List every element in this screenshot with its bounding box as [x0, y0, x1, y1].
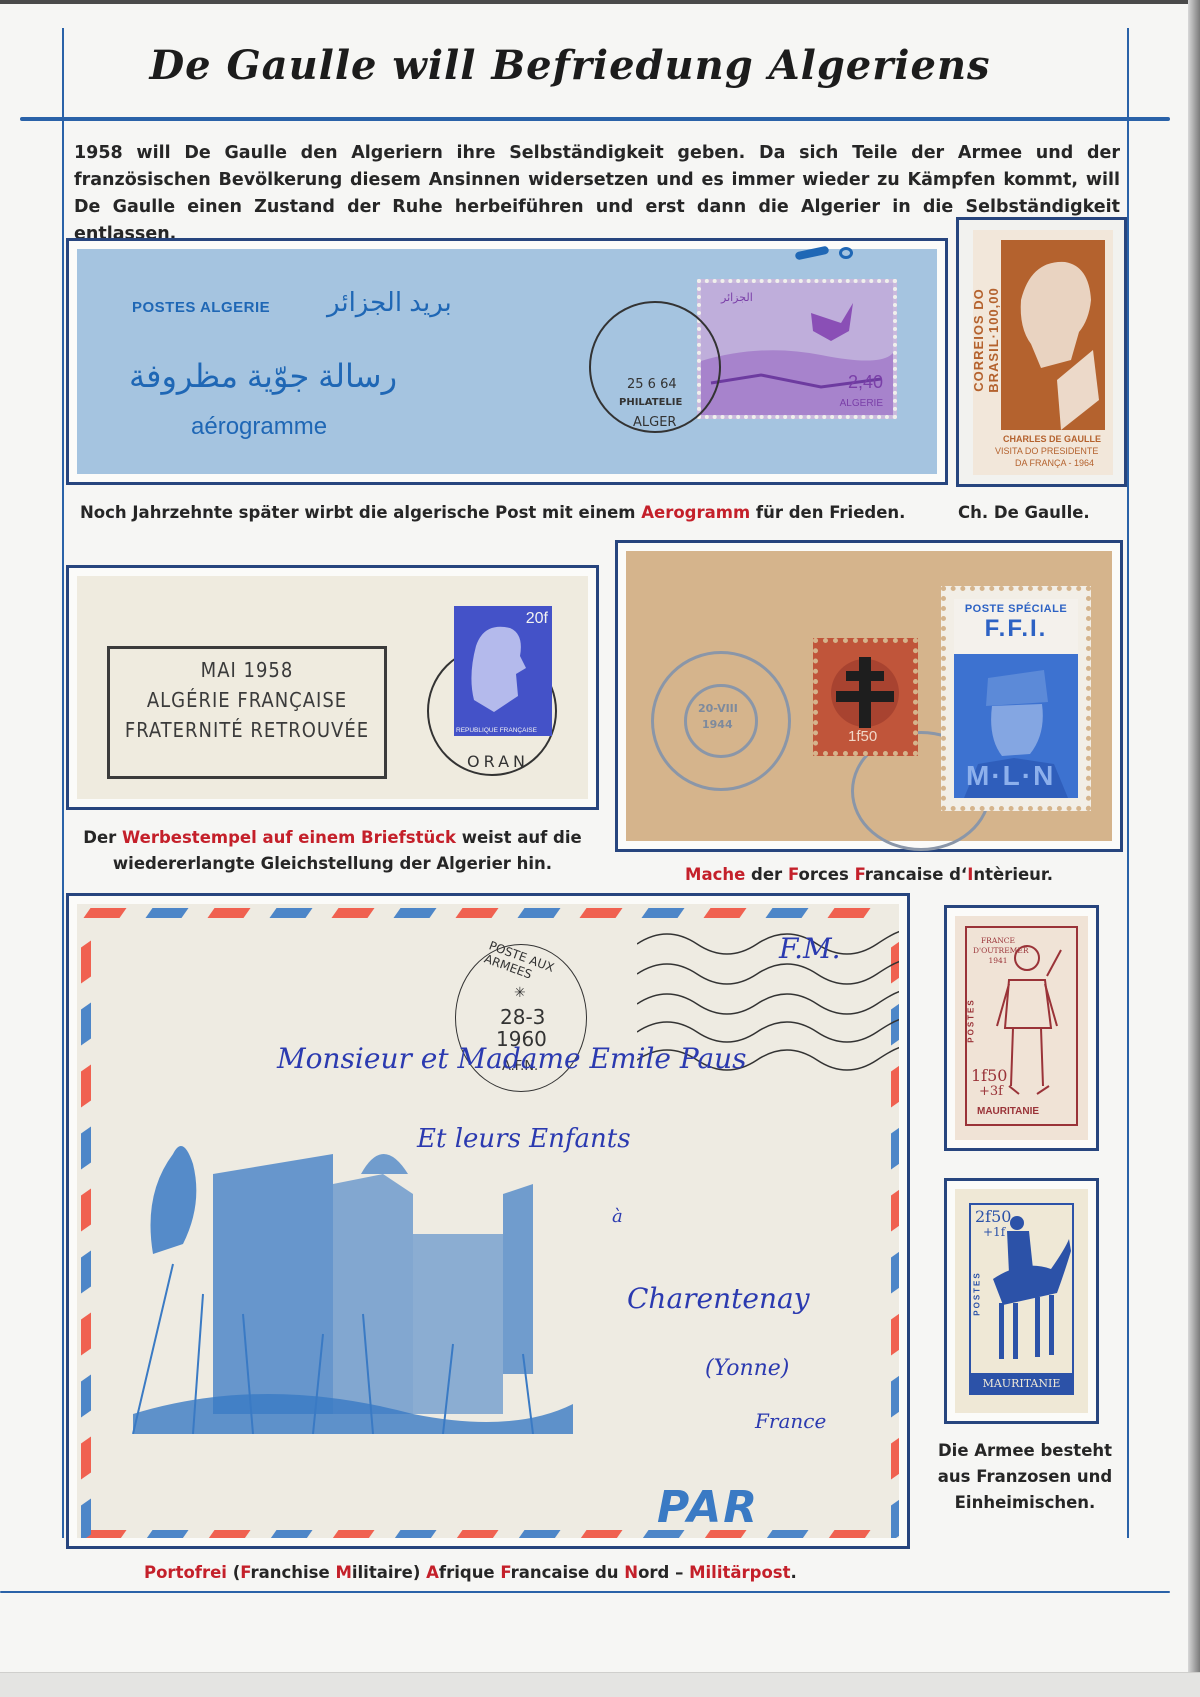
slogan-line-3: FRATERNITÉ RETROUVÉE	[110, 715, 384, 745]
airmail-stripe	[455, 908, 498, 918]
caption-highlight: Aerogramm	[641, 503, 750, 522]
address-line-1: Monsieur et Madame Emile Paus	[277, 1042, 747, 1075]
address-line-3: à	[612, 1206, 623, 1227]
caption-highlight: F	[500, 1563, 510, 1582]
stamp-value: 1f50	[971, 1066, 1007, 1085]
postmark-star: ✳	[514, 985, 526, 1001]
scan-edge-bottom	[0, 1672, 1200, 1697]
army-caption: Die Armee besteht aus Franzosen und Einh…	[925, 1438, 1125, 1516]
airmail-cover: POSTE AUX ARMEES ✳ 28-3 1960 A.F.N. F.M.…	[77, 904, 899, 1538]
postmark-city: ALGER	[633, 415, 676, 430]
stamp-line-2: DA FRANÇA - 1964	[1015, 458, 1094, 468]
ffi-mln-stamp: POSTE SPÉCIALE F.F.I. M·L·N	[941, 586, 1091, 811]
caption-highlight: A	[426, 1563, 439, 1582]
postmark-year: 1944	[702, 718, 733, 731]
caption-part: ranchise	[250, 1563, 335, 1582]
stamp-line-1: VISITA DO PRESIDENTE	[995, 446, 1098, 456]
airmail-stripe	[891, 1436, 899, 1479]
airmail-stripe	[517, 1530, 560, 1538]
scan-edge-top	[0, 0, 1200, 4]
airmail-stripe	[81, 940, 91, 983]
stamp-country: REPUBLIQUE FRANÇAISE	[456, 727, 537, 734]
airmail-stripe	[641, 908, 684, 918]
airmail-stripe	[81, 1126, 91, 1169]
caption-part: für den Frieden.	[750, 503, 905, 522]
caption-part: ntèrieur.	[973, 865, 1053, 884]
slogan-piece-frame: MAI 1958 ALGÉRIE FRANÇAISE FRATERNITÉ RE…	[66, 565, 599, 810]
air-mail-label: AIR MAIL	[672, 1536, 831, 1538]
airmail-stripe	[81, 1064, 91, 1107]
airmail-stripe	[331, 1530, 374, 1538]
mauritanie-goumier-stamp: 2f50 +1f POSTES MAURITANIE	[955, 1189, 1088, 1413]
stamp-surcharge: +1f	[983, 1225, 1005, 1239]
airmail-stripe	[891, 1312, 899, 1355]
address-line-5: (Yonne)	[705, 1356, 789, 1381]
brazil-caption: Ch. De Gaulle.	[958, 500, 1128, 526]
airmail-stripe	[765, 908, 808, 918]
caption-highlight: Portofrei	[144, 1563, 227, 1582]
stamp-country: MAURITANIE	[977, 1106, 1039, 1117]
caption-highlight: M	[335, 1563, 351, 1582]
de-gaulle-portrait	[1001, 240, 1105, 430]
aerogramme-label: aérogramme	[191, 413, 327, 441]
stamp-mln: M·L·N	[966, 760, 1055, 792]
arabic-header: بريد الجزائر	[327, 287, 452, 318]
stamp-vertical-text: CORREIOS DO BRASIL·100,00	[971, 245, 1001, 435]
stamp-country: ALGERIE	[840, 398, 883, 409]
title-rule	[20, 117, 1170, 121]
caption-highlight: F	[855, 865, 865, 884]
stamp-value: 1f50	[848, 728, 877, 745]
caption-highlight: ache	[701, 865, 745, 884]
briefstueck-ffi: 20-VIII 1944 1f50 POSTE SPÉCIALE F.F.I.	[626, 551, 1112, 841]
ink-mark	[839, 247, 853, 259]
arabic-subtitle: رسالة جوّية مظروفة	[129, 357, 397, 395]
stamp-side-text: POSTES	[973, 1271, 982, 1315]
stamp-name: F.F.I.	[954, 615, 1078, 643]
mauritanie-2-frame: 2f50 +1f POSTES MAURITANIE	[944, 1178, 1099, 1424]
airmail-stripe	[81, 1374, 91, 1417]
caption-part: Noch Jahrzehnte später wirbt die algeris…	[80, 503, 641, 522]
airmail-stripe	[207, 1530, 250, 1538]
airmail-stripe	[81, 1436, 91, 1479]
airmail-stripe	[891, 1374, 899, 1417]
stamp-value: 2f50	[975, 1207, 1011, 1226]
marianne-20f-stamp: 20f REPUBLIQUE FRANÇAISE	[454, 606, 552, 736]
scan-edge-right	[1188, 0, 1200, 1697]
address-line-6: France	[755, 1409, 826, 1433]
caption-highlight: Werbestempel auf einem Briefstück	[122, 828, 456, 847]
caption-part: ilitaire)	[352, 1563, 426, 1582]
airmail-stripe	[579, 908, 622, 918]
aerogramme-caption: Noch Jahrzehnte später wirbt die algeris…	[80, 500, 950, 526]
fort-illustration	[113, 1114, 613, 1434]
address-line-4: Charentenay	[627, 1282, 810, 1315]
caption-part: ord –	[638, 1563, 689, 1582]
postmark-date: 25 6 64	[627, 377, 677, 392]
marianne-icon	[454, 616, 552, 726]
caption-highlight: F	[240, 1563, 250, 1582]
postmark-region: ORAN	[467, 752, 529, 771]
airmail-stripe	[455, 1530, 498, 1538]
airmail-stripe	[145, 1530, 188, 1538]
caption-line: aus Franzosen und	[925, 1464, 1125, 1490]
airmail-stripe	[269, 1530, 312, 1538]
airmail-stripe	[579, 1530, 622, 1538]
airmail-stripe	[81, 1312, 91, 1355]
airmail-stripe	[891, 1250, 899, 1293]
cover-caption: Portofrei (Franchise Militaire) Afrique …	[144, 1560, 904, 1586]
airmail-stripe	[81, 1498, 91, 1538]
caption-part: .	[791, 1563, 797, 1582]
caption-line: Einheimischen.	[925, 1490, 1125, 1516]
postmark-date: 20-VIII	[698, 702, 738, 715]
caption-line: Die Armee besteht	[925, 1438, 1125, 1464]
slogan-caption: Der Werbestempel auf einem Briefstück we…	[66, 825, 599, 877]
caption-part: orces	[799, 865, 855, 884]
petain-overprint-stamp: 1f50	[813, 638, 918, 756]
airmail-cover-frame: POSTE AUX ARMEES ✳ 28-3 1960 A.F.N. F.M.…	[66, 893, 910, 1549]
airmail-stripe	[393, 1530, 436, 1538]
stamp-arabic: الجزائر	[721, 291, 753, 304]
airmail-stripe	[81, 1250, 91, 1293]
briefstueck: MAI 1958 ALGÉRIE FRANÇAISE FRATERNITÉ RE…	[77, 576, 588, 799]
album-page: De Gaulle will Befriedung Algeriens 1958…	[0, 0, 1200, 1697]
airmail-stripe	[81, 1188, 91, 1231]
stamp-surcharge: +3f	[979, 1084, 1003, 1099]
airmail-stripe	[393, 908, 436, 918]
aerogramme: POSTES ALGERIE بريد الجزائر رسالة جوّية …	[77, 249, 937, 474]
stamp-top-text: POSTE SPÉCIALE	[954, 599, 1078, 615]
page-title: De Gaulle will Befriedung Algeriens	[70, 42, 1070, 89]
ffi-caption: Mache der Forces Francaise d‘Intèrieur.	[615, 862, 1123, 888]
airmail-stripe	[81, 1002, 91, 1045]
left-margin-rule	[62, 28, 64, 1538]
stamp-value: 2,40	[848, 372, 883, 393]
slogan-cancel: MAI 1958 ALGÉRIE FRANÇAISE FRATERNITÉ RE…	[107, 646, 387, 779]
caption-highlight: N	[624, 1563, 638, 1582]
aerogramme-frame: POSTES ALGERIE بريد الجزائر رسالة جوّية …	[66, 238, 948, 485]
brazil-stamp: CORREIOS DO BRASIL·100,00 CHARLES DE GAU…	[973, 230, 1113, 475]
airmail-stripe	[891, 1126, 899, 1169]
airmail-stripe	[703, 908, 746, 918]
alger-postmark: 25 6 64 PHILATELIE ALGER	[589, 301, 721, 433]
ink-mark	[795, 246, 830, 261]
stamp-side-text: POSTES	[967, 998, 976, 1042]
airmail-stripe	[83, 908, 126, 918]
algeria-dove-stamp: 2,40 ALGERIE الجزائر	[697, 279, 897, 419]
airmail-stripe	[269, 908, 312, 918]
caption-part: rancaise du	[511, 1563, 625, 1582]
right-margin-rule	[1127, 28, 1129, 1538]
mauritanie-infanterie-stamp: FRANCE D'OUTREMER 1941 POSTES 1f50 +3f M…	[955, 916, 1088, 1140]
ffi-piece-frame: 20-VIII 1944 1f50 POSTE SPÉCIALE F.F.I.	[615, 540, 1123, 852]
slogan-line-2: ALGÉRIE FRANÇAISE	[110, 685, 384, 715]
postmark-text: POSTE AUX ARMEES	[482, 938, 587, 999]
airmail-stripe	[827, 908, 870, 918]
caption-part: (	[227, 1563, 240, 1582]
bottom-rule	[0, 1591, 1170, 1593]
caption-highlight: M	[685, 865, 701, 884]
brazil-stamp-frame: CORREIOS DO BRASIL·100,00 CHARLES DE GAU…	[956, 217, 1127, 487]
airmail-stripe	[517, 908, 560, 918]
ffi-stamp-header: POSTE SPÉCIALE F.F.I.	[954, 599, 1078, 654]
airmail-stripe	[145, 908, 188, 918]
caption-part: rancaise d‘	[865, 865, 967, 884]
postmark-date: 28-3	[500, 1005, 545, 1029]
portrait-icon	[1001, 240, 1105, 430]
airmail-stripe	[891, 1188, 899, 1231]
caption-part: frique	[439, 1563, 500, 1582]
par-avion-label: PAR AVION	[657, 1482, 899, 1538]
ffi-postmark: 20-VIII 1944	[651, 651, 791, 791]
caption-part: der	[745, 865, 788, 884]
mauritanie-1-frame: FRANCE D'OUTREMER 1941 POSTES 1f50 +3f M…	[944, 905, 1099, 1151]
postmark-service: PHILATELIE	[619, 397, 682, 408]
stamp-name: CHARLES DE GAULLE	[1003, 434, 1101, 444]
airmail-stripe	[207, 908, 250, 918]
franchise-mark: F.M.	[779, 932, 841, 965]
postes-algerie-label: POSTES ALGERIE	[132, 299, 270, 316]
caption-highlight: Militärpost	[689, 1563, 790, 1582]
airmail-stripe	[331, 908, 374, 918]
stamp-country: MAURITANIE	[969, 1373, 1074, 1395]
de-gaulle-kepi-portrait: M·L·N	[954, 654, 1078, 798]
caption-highlight: F	[788, 865, 799, 884]
caption-part: Der	[83, 828, 122, 847]
slogan-line-1: MAI 1958	[110, 655, 384, 685]
